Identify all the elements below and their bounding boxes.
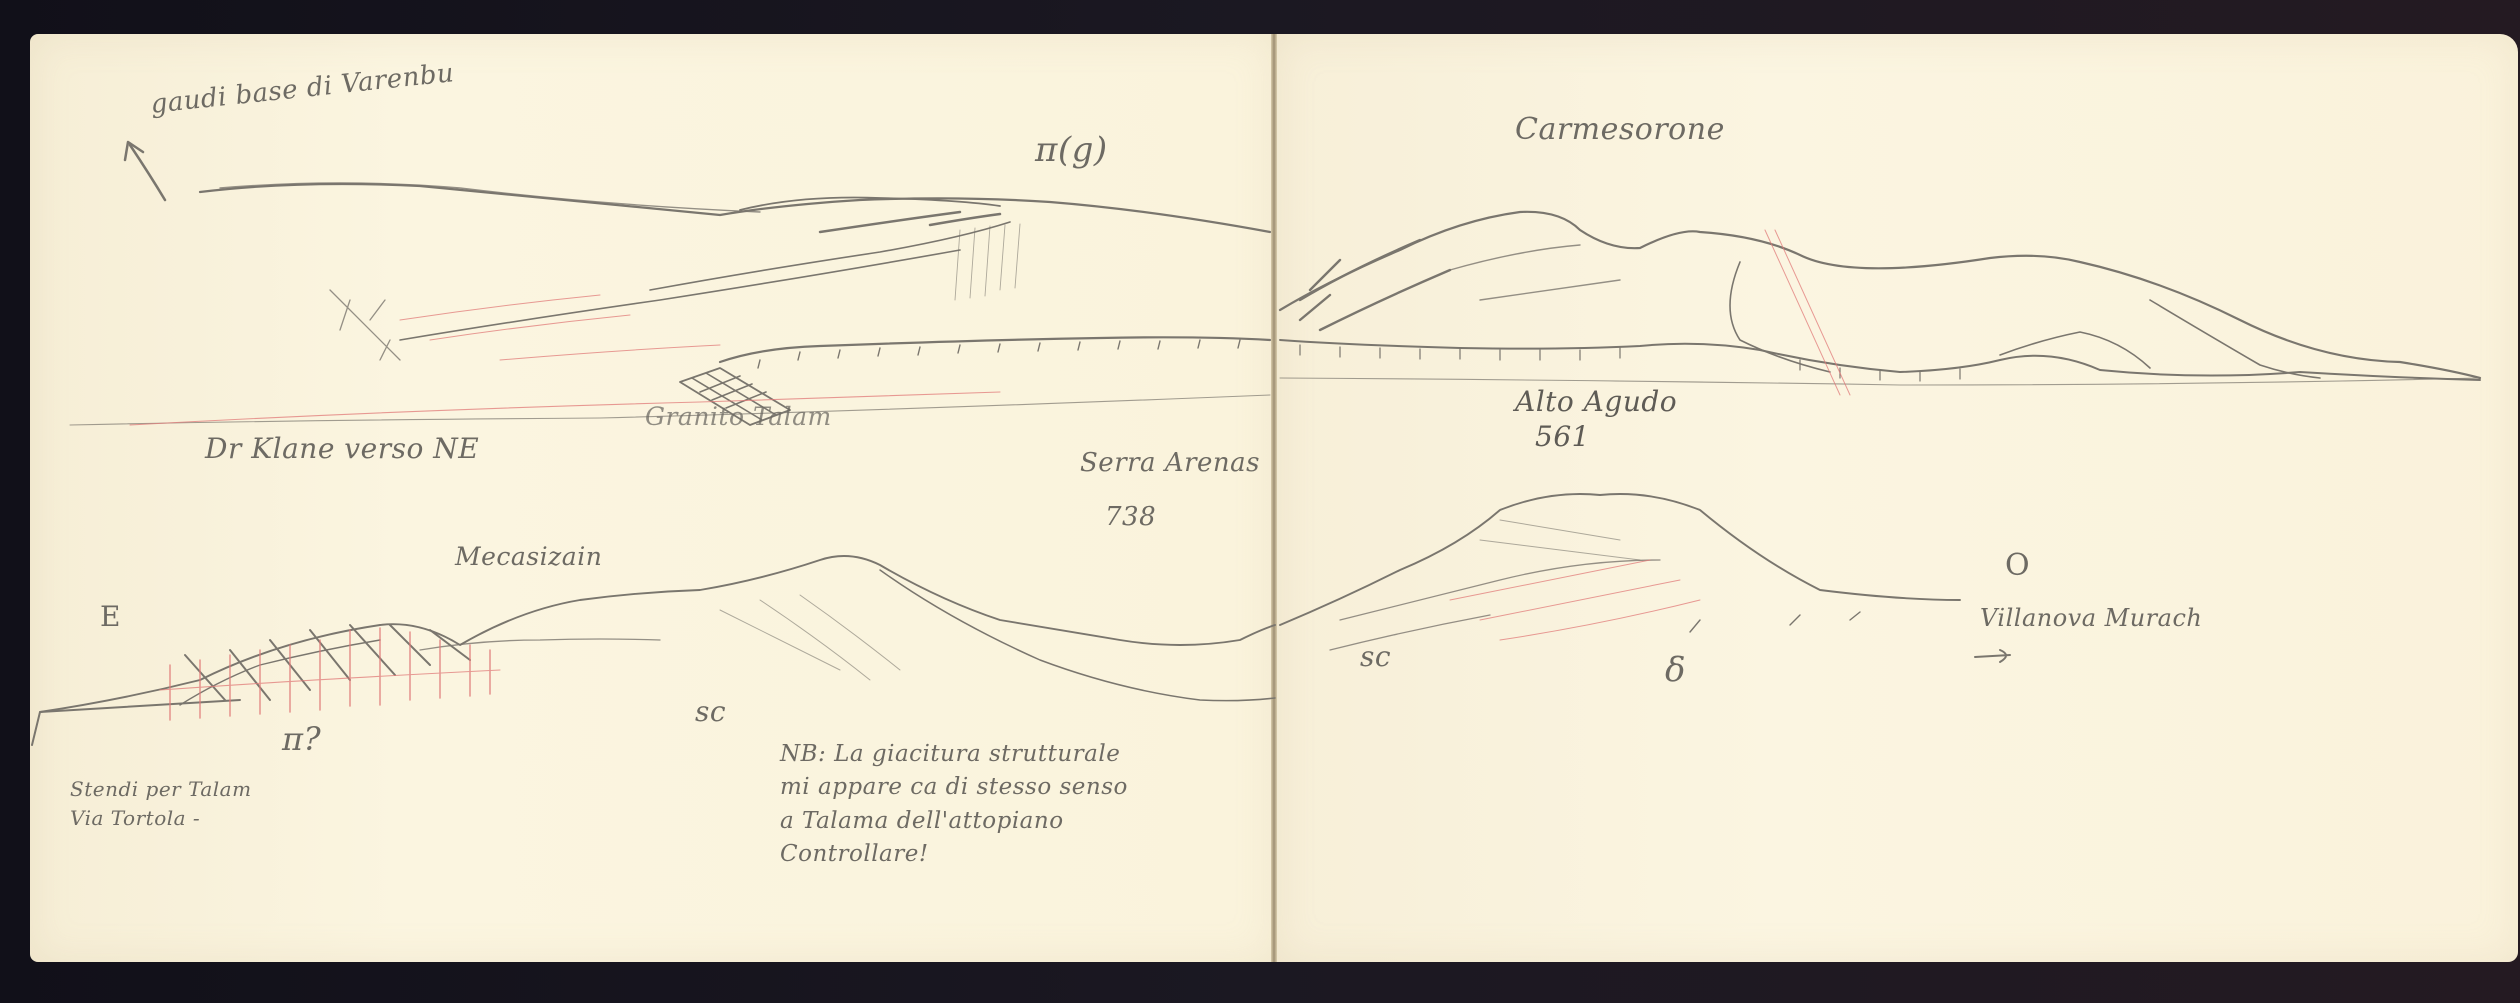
note-peak-elevation-left: 738 [1105,502,1156,532]
compass-west-label: O [2005,548,2030,583]
note-pi-question: π? [282,720,321,758]
note-view-direction: Dr Klane verso NE [205,432,479,465]
note-pi-g-symbol: π(g) [1035,130,1108,170]
note-bottom-left: Stendi per Talam Via Tortola - [70,775,252,833]
note-top-title-right: Carmesorone [1515,112,1725,147]
note-peak-name-left: Serra Arenas [1080,448,1260,478]
note-sc-right: sc [1360,640,1391,673]
landscape-sketch [0,0,2520,1003]
compass-east-label: E [100,600,121,633]
note-nb: NB: La giacitura strutturale mi appare c… [780,738,1128,871]
note-delta-symbol: δ [1665,650,1686,690]
note-granito-talam: Granito Talam [645,402,832,431]
note-mecasizain: Mecasizain [455,542,602,571]
arrow-icon [130,145,165,200]
note-peak-elevation-right: 561 [1535,420,1590,453]
note-peak-name-right: Alto Agudo [1515,385,1677,418]
note-sc-left: sc [695,695,726,728]
note-villanova: Villanova Murach [1980,604,2202,632]
